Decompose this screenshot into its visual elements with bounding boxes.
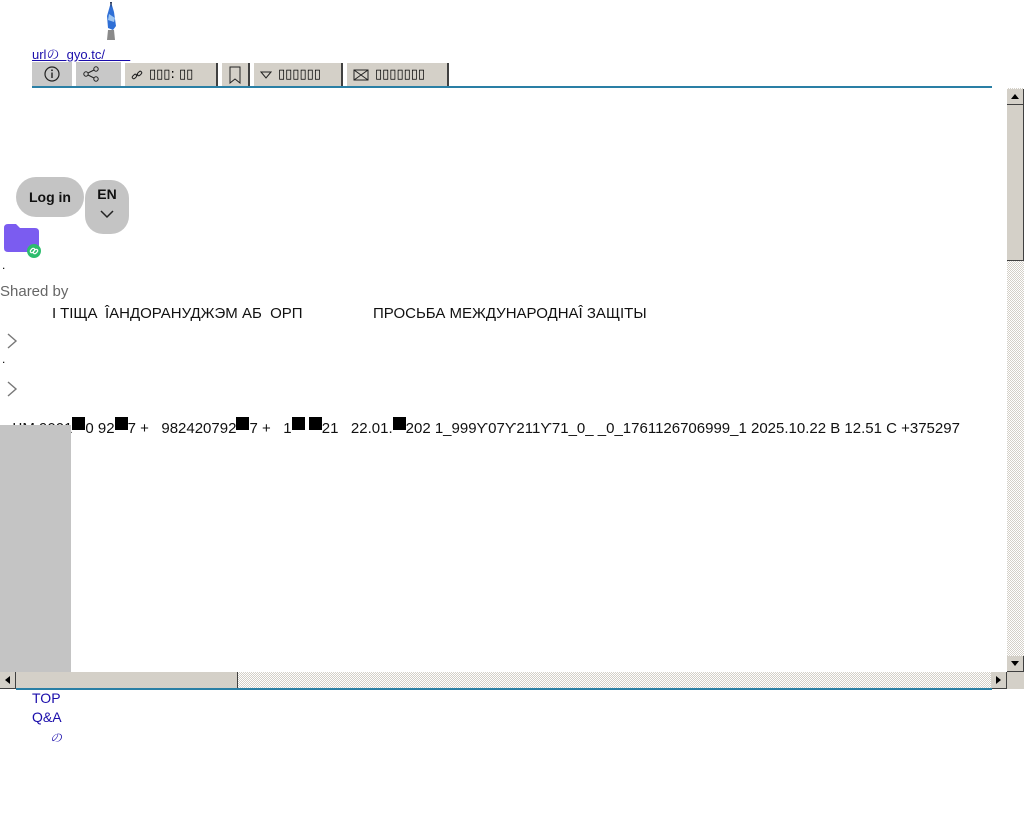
file-name-part: 7 + 982420792	[128, 420, 237, 437]
footer-link-qa[interactable]: Q&A	[32, 709, 62, 725]
arrow-left-icon	[5, 676, 10, 684]
scrollbar-corner	[1007, 672, 1024, 689]
arrow-down-icon	[1011, 661, 1019, 666]
vertical-scrollbar[interactable]	[1007, 88, 1024, 672]
bookmark-icon	[229, 66, 241, 84]
file-name-part: 0 92	[85, 420, 114, 437]
separator-dot: .	[2, 258, 5, 272]
arrow-up-icon	[1011, 94, 1019, 99]
shared-by-label: Shared by	[0, 283, 68, 300]
scroll-left-button[interactable]	[0, 672, 16, 689]
missing-glyph	[72, 417, 85, 430]
short-url-link[interactable]: urlの gyo.tc/	[32, 44, 130, 63]
separator-dot: .	[2, 352, 5, 366]
email-label: ▯▯▯▯▯▯▯	[375, 67, 425, 82]
file-name-part: 7 + 1	[249, 420, 291, 437]
info-icon	[44, 66, 60, 82]
expand-chevron-icon[interactable]	[4, 332, 20, 350]
file-name-part: 202 1_999Ƴ07Ƴ211Ƴ71_0_ _0_1761126706999_…	[406, 420, 960, 437]
missing-glyph	[292, 417, 305, 430]
scroll-down-button[interactable]	[1007, 656, 1024, 672]
frame-bottom-divider	[16, 688, 992, 690]
dropdown-menu-button[interactable]: ▯▯▯▯▯▯	[254, 63, 343, 87]
horizontal-scroll-thumb[interactable]	[16, 672, 238, 689]
link-icon	[131, 69, 143, 81]
file-name-row[interactable]: ЧM.90010 927 + 9824207927 + 1 21 22.01.2…	[4, 400, 1007, 437]
missing-glyph	[309, 417, 322, 430]
file-name-part: 21 22.01.	[322, 420, 393, 437]
folder-title: ПРОСЬБА МЕЖДУНАРОДНАÎ ЗАЩІТЫ	[373, 305, 647, 322]
chevron-down-icon	[99, 206, 115, 222]
share-icon	[82, 66, 100, 82]
language-label: EN	[97, 186, 116, 202]
missing-glyph	[115, 417, 128, 430]
triangle-down-icon	[260, 70, 272, 80]
scroll-up-button[interactable]	[1007, 89, 1024, 105]
toolbar-divider	[32, 86, 992, 88]
copy-link-button[interactable]: ▯▯▯: ▯▯	[125, 63, 218, 87]
email-button[interactable]: ▯▯▯▯▯▯▯	[347, 63, 449, 87]
dropdown-menu-label: ▯▯▯▯▯▯	[278, 67, 321, 82]
footer-link-no[interactable]: の	[50, 729, 62, 746]
missing-glyph	[393, 417, 406, 430]
horizontal-scrollbar[interactable]	[0, 672, 1007, 689]
expand-chevron-icon[interactable]	[4, 380, 20, 398]
site-logo	[104, 0, 118, 44]
scroll-right-button[interactable]	[991, 672, 1007, 689]
info-button[interactable]	[32, 62, 72, 86]
share-button[interactable]	[76, 62, 121, 86]
missing-glyph	[236, 417, 249, 430]
toolbar: ▯▯▯: ▯▯ ▯▯▯▯▯▯ ▯▯▯▯▯▯▯	[32, 62, 992, 88]
login-button[interactable]: Log in	[16, 177, 84, 217]
arrow-right-icon	[996, 676, 1001, 684]
vertical-scroll-thumb[interactable]	[1007, 105, 1024, 261]
footer-link-top[interactable]: TOP	[32, 690, 61, 706]
copy-link-label: ▯▯▯: ▯▯	[149, 67, 193, 82]
shared-folder-icon	[4, 222, 42, 258]
file-preview-placeholder	[0, 425, 71, 672]
language-selector[interactable]: EN	[85, 180, 129, 234]
title-mirrored: I TIЩA ÎАНДОРАНУДЖЭМ АБ ОРП	[52, 305, 303, 322]
envelope-icon	[353, 69, 369, 81]
bookmark-button[interactable]	[222, 63, 250, 87]
